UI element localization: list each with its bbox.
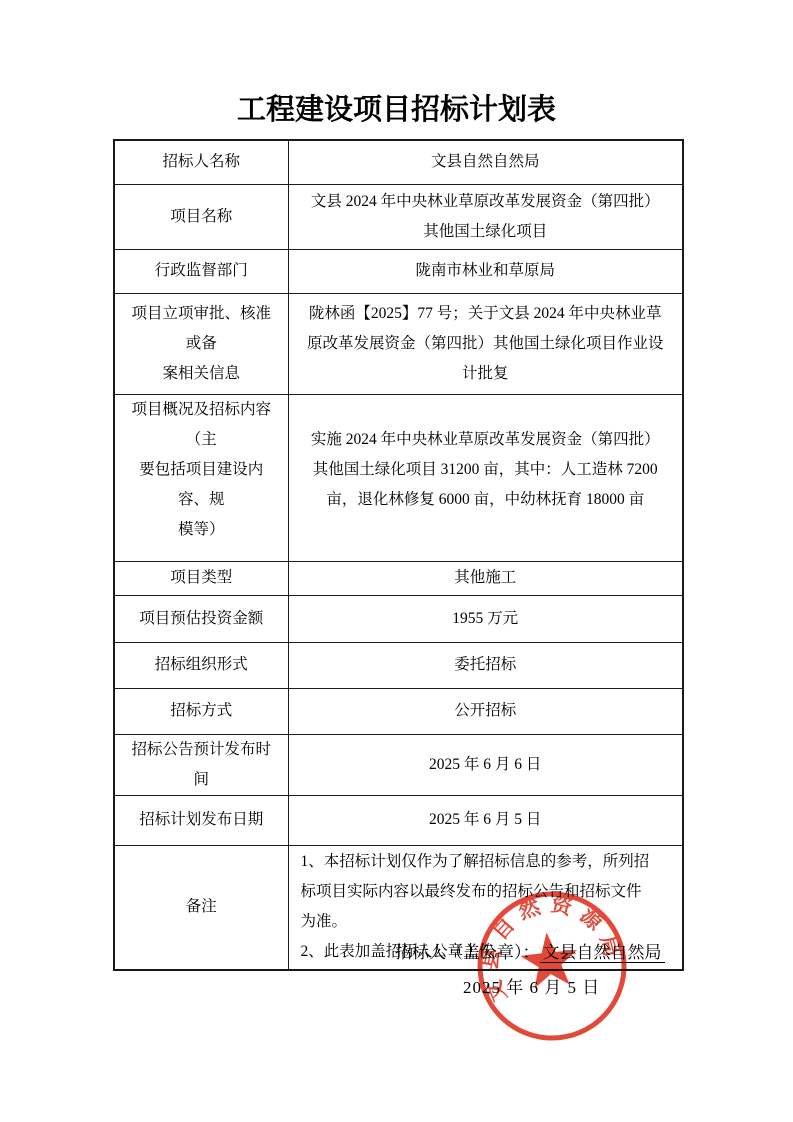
row-value: 2025 年 6 月 6 日: [288, 734, 683, 795]
signer-label: 招标人（盖公章）：: [395, 943, 540, 962]
row-label: 项目类型: [114, 561, 288, 595]
table-row-plan-publish-date: 招标计划发布日期 2025 年 6 月 5 日: [114, 795, 683, 845]
table-row-project-type: 项目类型 其他施工: [114, 561, 683, 595]
row-label: 项目概况及招标内容（主 要包括项目建设内容、规 模等）: [114, 394, 288, 561]
table-row-bidder-name: 招标人名称 文县自然自然局: [114, 140, 683, 184]
table-row-bidding-method: 招标方式 公开招标: [114, 688, 683, 734]
tender-plan-table: 招标人名称 文县自然自然局 项目名称 文县 2024 年中央林业草原改革发展资金…: [113, 139, 684, 971]
table-row-announcement-date: 招标公告预计发布时间 2025 年 6 月 6 日: [114, 734, 683, 795]
table-row-approval-info: 项目立项审批、核准或备 案相关信息 陇林函【2025】77 号；关于文县 202…: [114, 293, 683, 394]
row-value: 文县自然自然局: [288, 140, 683, 184]
row-label: 项目名称: [114, 184, 288, 249]
signature-date: 2025 年 6 月 5 日: [463, 976, 600, 1000]
document-page: 工程建设项目招标计划表 招标人名称 文县自然自然局 项目名称 文县 2024 年…: [0, 0, 793, 1122]
row-label: 招标计划发布日期: [114, 795, 288, 845]
row-label: 招标方式: [114, 688, 288, 734]
row-value: 委托招标: [288, 642, 683, 688]
row-value: 文县 2024 年中央林业草原改革发展资金（第四批） 其他国土绿化项目: [288, 184, 683, 249]
signer-name: 文县自然自然局: [540, 943, 665, 963]
row-value: 陇林函【2025】77 号；关于文县 2024 年中央林业草 原改革发展资金（第…: [288, 293, 683, 394]
row-value: 其他施工: [288, 561, 683, 595]
table-row-project-overview: 项目概况及招标内容（主 要包括项目建设内容、规 模等） 实施 2024 年中央林…: [114, 394, 683, 561]
row-value: 2025 年 6 月 5 日: [288, 795, 683, 845]
row-label: 行政监督部门: [114, 249, 288, 293]
row-label: 项目预估投资金额: [114, 595, 288, 642]
table-row-supervision-dept: 行政监督部门 陇南市林业和草原局: [114, 249, 683, 293]
row-label: 招标公告预计发布时间: [114, 734, 288, 795]
row-label: 招标人名称: [114, 140, 288, 184]
row-value: 1955 万元: [288, 595, 683, 642]
row-label: 项目立项审批、核准或备 案相关信息: [114, 293, 288, 394]
row-value: 实施 2024 年中央林业草原改革发展资金（第四批） 其他国土绿化项目 3120…: [288, 394, 683, 561]
page-title: 工程建设项目招标计划表: [0, 90, 793, 130]
table-row-project-name: 项目名称 文县 2024 年中央林业草原改革发展资金（第四批） 其他国土绿化项目: [114, 184, 683, 249]
row-value: 公开招标: [288, 688, 683, 734]
row-label: 招标组织形式: [114, 642, 288, 688]
row-label: 备注: [114, 845, 288, 970]
table-row-estimated-investment: 项目预估投资金额 1955 万元: [114, 595, 683, 642]
row-value: 陇南市林业和草原局: [288, 249, 683, 293]
signature-line: 招标人（盖公章）：文县自然自然局: [395, 941, 665, 965]
table-row-organization-form: 招标组织形式 委托招标: [114, 642, 683, 688]
